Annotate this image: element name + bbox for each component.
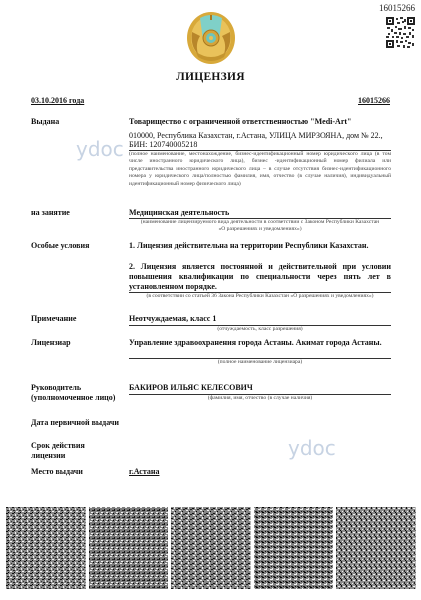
kazakhstan-state-emblem-icon — [186, 10, 236, 65]
special-conditions-label: Особые условия — [31, 241, 89, 251]
note-value: Неотчуждаемая, класс 1 — [129, 314, 391, 324]
activity-caption: (наименование лицензируемого вида деятел… — [140, 219, 380, 233]
document-title: ЛИЦЕНЗИЯ — [0, 71, 421, 83]
head-name: БАКИРОВ ИЛЬЯС КЕЛЕСОВИЧ — [129, 383, 391, 393]
2d-barcode-icon — [6, 507, 86, 589]
validity-label: Срок действия лицензии — [31, 441, 85, 461]
2d-barcode-icon — [171, 507, 251, 589]
first-issue-date-label: Дата первичной выдачи — [31, 418, 119, 428]
activity-value: Медицинская деятельность — [129, 208, 391, 218]
top-document-number: 16015266 — [379, 3, 415, 13]
qr-code-icon — [386, 17, 415, 48]
license-number: 16015266 — [358, 96, 390, 105]
place-of-issue-value: г.Астана — [129, 467, 391, 477]
validity-label-line2: лицензии — [31, 451, 85, 461]
head-caption: (фамилия, имя, отчество (в случае наличи… — [129, 395, 391, 402]
2d-barcode-icon — [89, 507, 169, 589]
special-condition-item: 2. Лицензия является постоянной и действ… — [129, 262, 391, 292]
issue-date: 03.10.2016 года — [31, 96, 84, 105]
licensor-label: Лицензиар — [31, 338, 71, 348]
validity-label-line1: Срок действия — [31, 441, 85, 451]
issued-to-name: Товарищество с ограниченной ответственно… — [129, 117, 391, 127]
activity-label: на занятие — [31, 208, 70, 218]
barcode-strip — [6, 507, 416, 589]
licensor-caption: (полное наименование лицензиара) — [129, 359, 391, 366]
head-label-line1: Руководитель — [31, 383, 115, 393]
licensor-value: Управление здравоохранения города Астаны… — [129, 338, 391, 348]
2d-barcode-icon — [254, 507, 334, 589]
head-label: Руководитель (уполномоченное лицо) — [31, 383, 115, 403]
note-caption: (отчуждаемость, класс разрешения) — [129, 326, 391, 333]
special-condition-item: 1. Лицензия действительна на территории … — [129, 241, 391, 251]
special-conditions-caption: (в соответствии со статьей 36 Закона Рес… — [140, 293, 380, 300]
issued-to-label: Выдана — [31, 117, 59, 127]
place-of-issue-label: Место выдачи — [31, 467, 83, 477]
note-label: Примечание — [31, 314, 76, 324]
issued-to-caption: (полное наименование, местонахождение, б… — [129, 151, 391, 188]
watermark-text: ydoc — [288, 436, 336, 460]
head-label-line2: (уполномоченное лицо) — [31, 393, 115, 403]
issued-to-bin: БИН: 120740005218 — [129, 140, 391, 150]
2d-barcode-icon — [336, 507, 416, 589]
watermark-text: ydoc — [76, 137, 124, 161]
